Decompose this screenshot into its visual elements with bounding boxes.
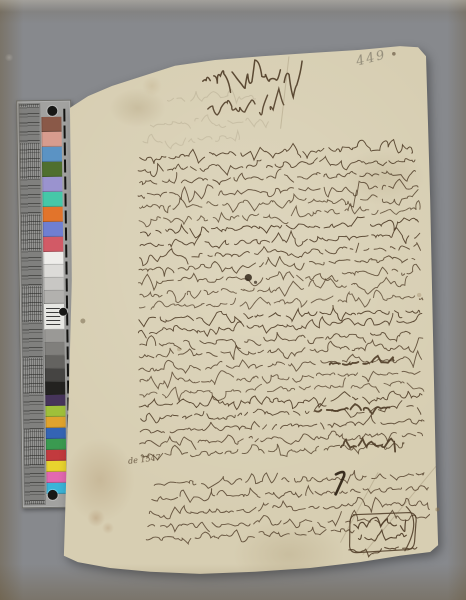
manuscript-page-wrap (0, 0, 466, 600)
manuscript-page (62, 44, 440, 576)
photo-scene: 449 de 1547 (0, 0, 466, 600)
